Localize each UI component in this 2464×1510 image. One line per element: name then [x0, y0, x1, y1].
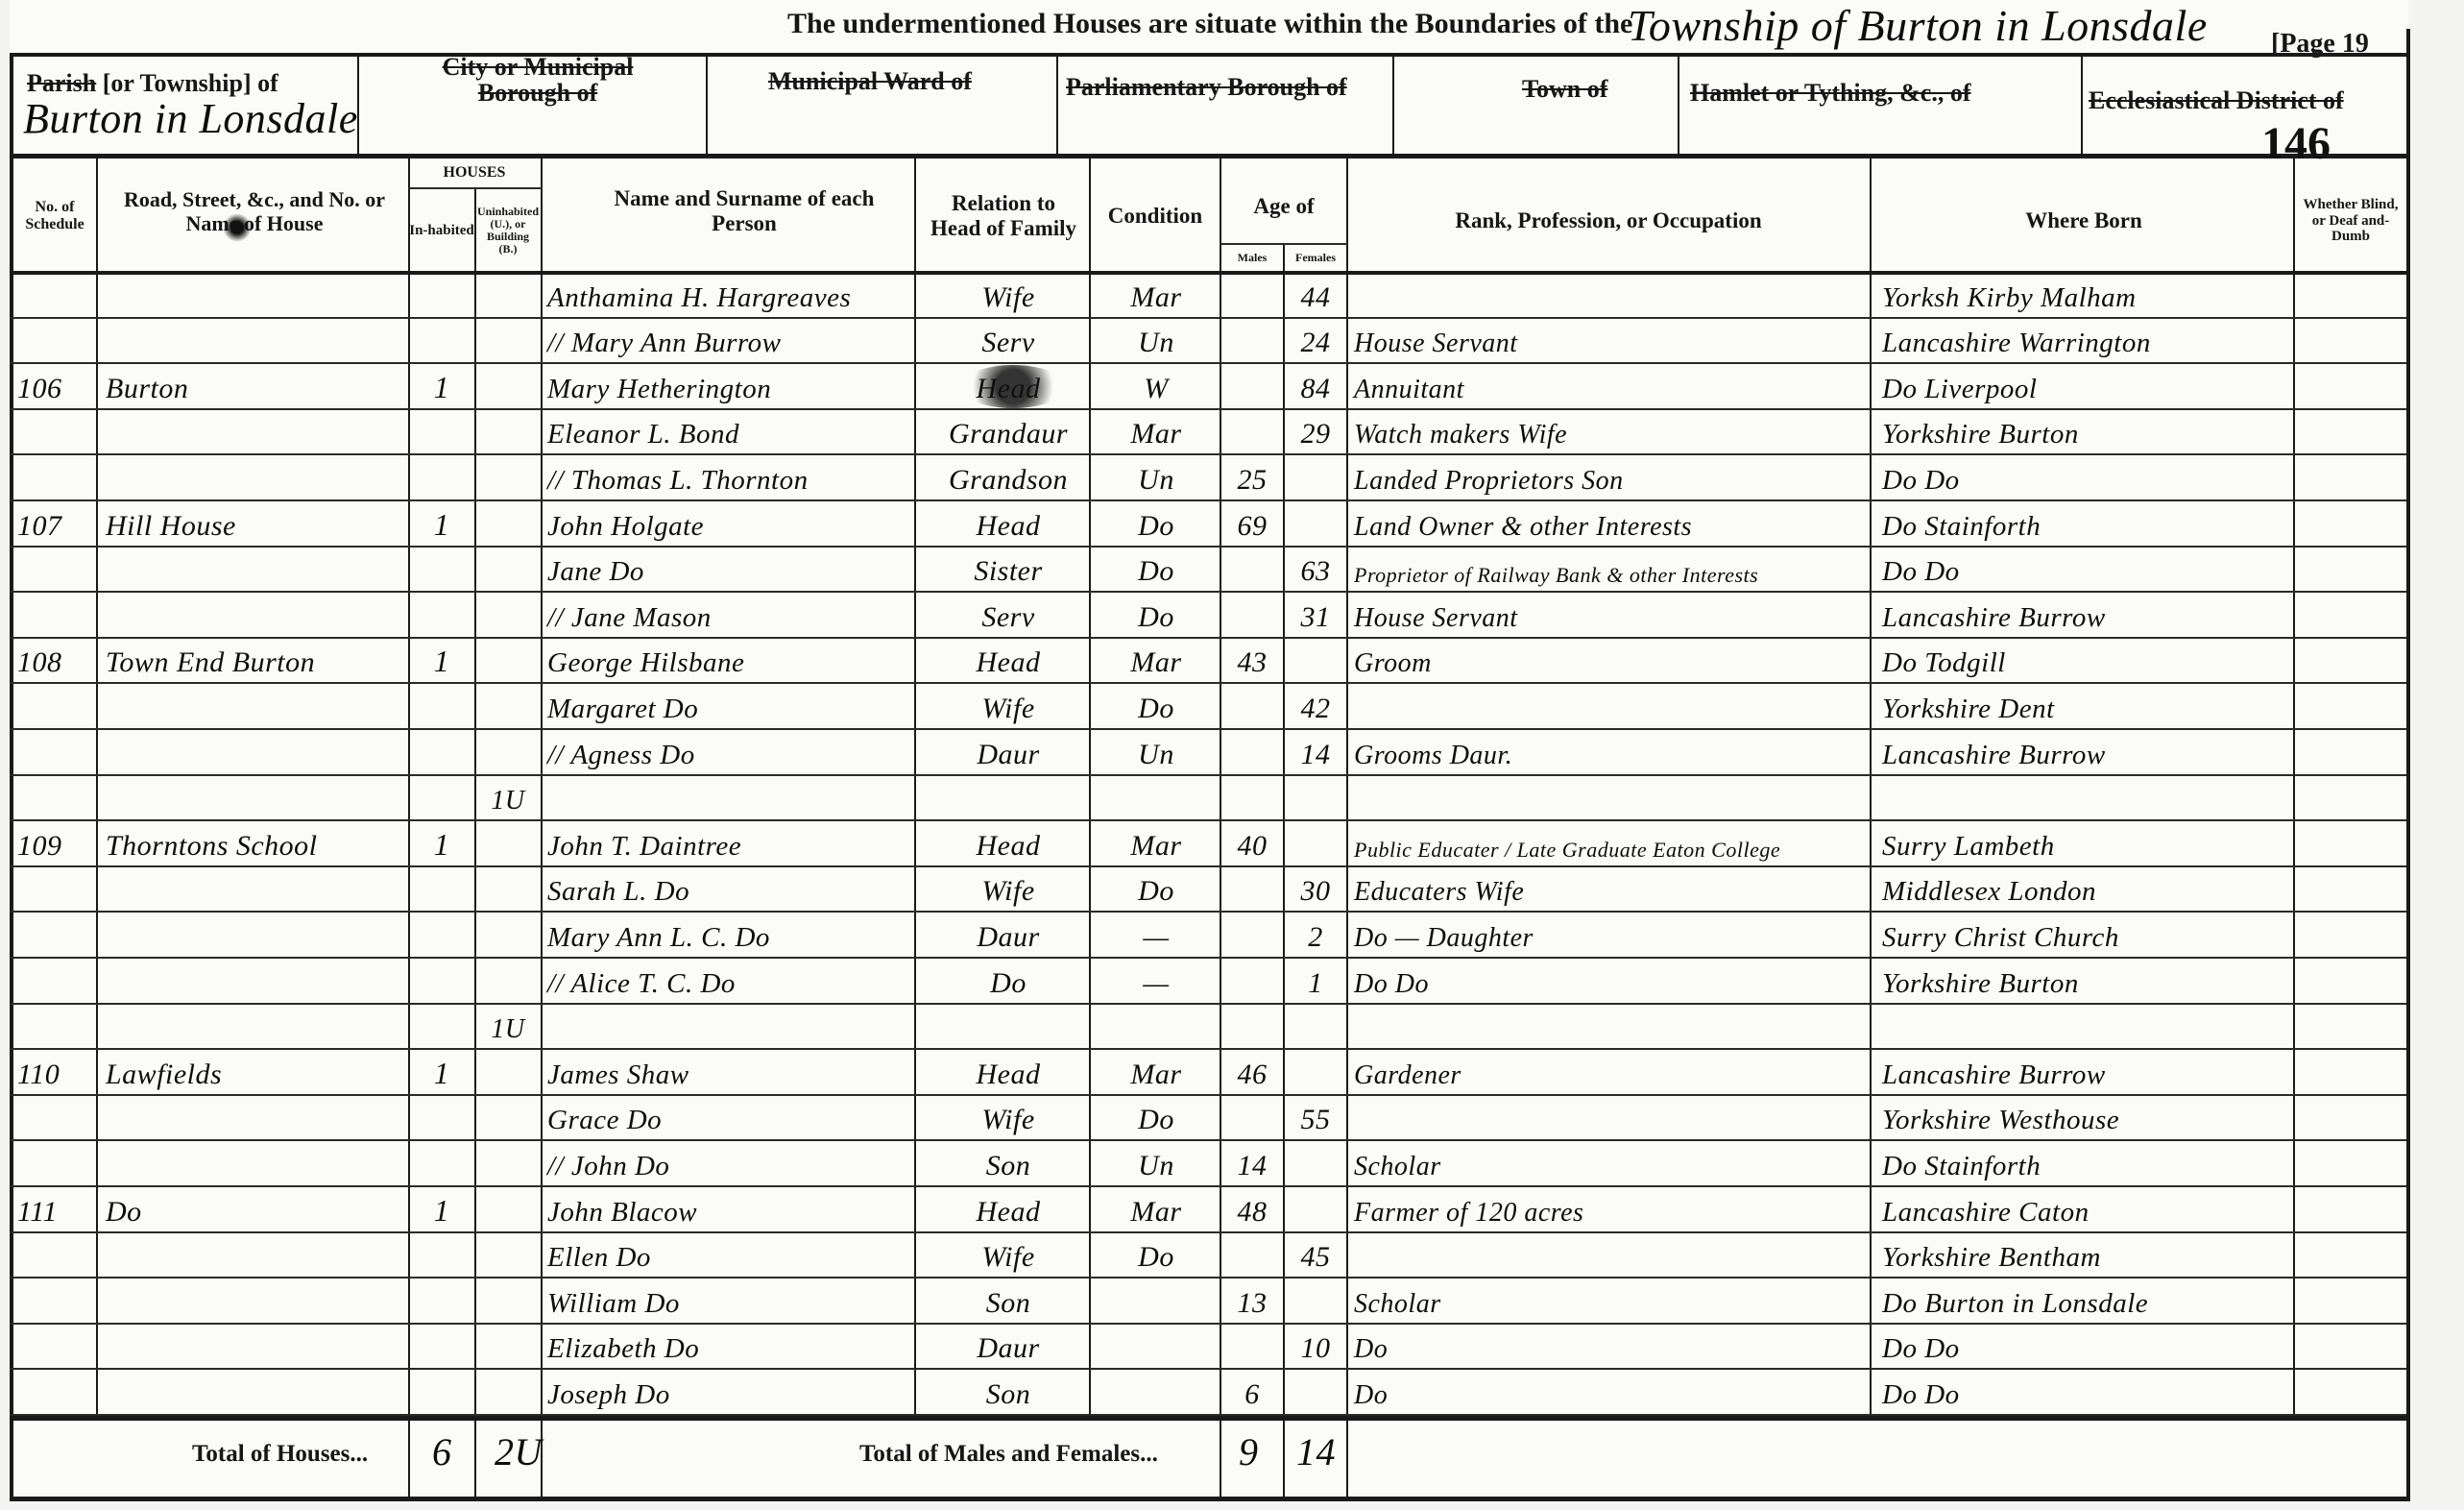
cell-road: [106, 411, 403, 457]
ink-blot: [223, 213, 252, 242]
cell-female: 10: [1285, 1326, 1346, 1372]
cell-male: [1221, 594, 1283, 640]
cell-occupation: [1354, 274, 1868, 320]
cell-relation: Wife: [931, 868, 1085, 914]
cell-male: 43: [1221, 640, 1283, 686]
cell-inhabited: 1: [411, 502, 472, 548]
cell-male: [1221, 913, 1283, 960]
row-rule: [10, 1048, 2406, 1050]
cell-name: William Do: [547, 1279, 912, 1326]
row-rule: [10, 637, 2406, 639]
table-row: // Thomas L. ThorntonGrandsonUn25Landed …: [10, 456, 2408, 502]
cell-uninhabited: [477, 1051, 539, 1097]
cell-female: 30: [1285, 868, 1346, 914]
colhead-inhabited: In-habited: [409, 197, 474, 264]
cell-occupation: Do — Daughter: [1354, 913, 1868, 960]
total-persons-label: Total of Males and Females...: [859, 1441, 1158, 1468]
cell-schedule: [17, 456, 94, 502]
colhead-name: Name and Surname of each Person: [586, 178, 903, 245]
colhead-occupation: Rank, Profession, or Occupation: [1354, 192, 1863, 250]
cell-name: Anthamina H. Hargreaves: [547, 274, 912, 320]
cell-uninhabited: 1U: [477, 777, 539, 823]
cell-uninhabited: [477, 502, 539, 548]
cell-female: 55: [1285, 1097, 1346, 1143]
cell-uninhabited: [477, 1279, 539, 1326]
cell-uninhabited: [477, 1097, 539, 1143]
cell-male: [1221, 320, 1283, 366]
cell-uninhabited: [477, 1371, 539, 1417]
cell-born: Yorksh Kirby Malham: [1882, 274, 2295, 320]
cell-inhabited: [411, 1006, 472, 1052]
totals-row: Total of Houses... 6 2U Total of Males a…: [10, 1420, 2408, 1497]
cell-male: [1221, 1006, 1283, 1052]
row-rule: [10, 1368, 2406, 1370]
cell-road: [106, 685, 403, 731]
table-row: Joseph DoSon6DoDo Do: [10, 1371, 2408, 1417]
cell-female: 2: [1285, 913, 1346, 960]
table-row: // Mary Ann BurrowServUn24House ServantL…: [10, 320, 2408, 366]
cell-female: 45: [1285, 1234, 1346, 1280]
total-females: 14: [1296, 1429, 1336, 1474]
cell-road: [106, 594, 403, 640]
cell-schedule: [17, 777, 94, 823]
cell-occupation: Scholar: [1354, 1142, 1868, 1188]
cell-female: 1: [1285, 960, 1346, 1006]
colhead-houses: HOUSES: [408, 159, 541, 186]
table-row: 1U: [10, 1006, 2408, 1052]
cell-male: 69: [1221, 502, 1283, 548]
cell-road: Do: [106, 1188, 403, 1234]
total-houses-uninhabited: 2U: [495, 1429, 543, 1474]
rule-bottom: [10, 1497, 2410, 1501]
total-houses-inhabited: 6: [432, 1429, 452, 1474]
cell-road: [106, 456, 403, 502]
cell-male: [1221, 274, 1283, 320]
cell-relation: Head: [931, 1188, 1085, 1234]
cell-uninhabited: [477, 594, 539, 640]
cell-female: [1285, 640, 1346, 686]
cell-relation: Wife: [931, 1097, 1085, 1143]
table-row: 108Town End Burton1George HilsbaneHeadMa…: [10, 640, 2408, 686]
row-rule: [10, 1185, 2406, 1187]
cell-road: [106, 1326, 403, 1372]
cell-road: [106, 1097, 403, 1143]
cell-occupation: Groom: [1354, 640, 1868, 686]
cell-name: Jane Do: [547, 548, 912, 595]
cell-occupation: Scholar: [1354, 1279, 1868, 1326]
cell-female: [1285, 1371, 1346, 1417]
cell-male: [1221, 548, 1283, 595]
row-rule: [10, 1277, 2406, 1279]
cell-condition: Mar: [1095, 1051, 1218, 1097]
cell-female: [1285, 1188, 1346, 1234]
cell-uninhabited: [477, 868, 539, 914]
row-rule: [10, 408, 2406, 410]
cell-born: Do Do: [1882, 1371, 2295, 1417]
title-handwritten: Township of Burton in Lonsdale: [1628, 0, 2208, 51]
cell-schedule: [17, 320, 94, 366]
cell-occupation: Do Do: [1354, 960, 1868, 1006]
colhead-blind: Whether Blind, or Deaf and-Dumb: [2297, 183, 2404, 259]
cell-road: [106, 1371, 403, 1417]
cell-road: [106, 868, 403, 914]
cell-male: [1221, 1097, 1283, 1143]
cell-female: 31: [1285, 594, 1346, 640]
table-row: Jane DoSisterDo63Proprietor of Railway B…: [10, 548, 2408, 595]
cell-female: 63: [1285, 548, 1346, 595]
cell-road: Hill House: [106, 502, 403, 548]
cell-occupation: [1354, 1006, 1868, 1052]
cell-name: Mary Ann L. C. Do: [547, 913, 912, 960]
title-band: The undermentioned Houses are situate wi…: [10, 0, 2408, 56]
title-printed: The undermentioned Houses are situate wi…: [787, 8, 1632, 40]
cell-uninhabited: [477, 731, 539, 777]
cell-road: [106, 548, 403, 595]
cell-road: [106, 274, 403, 320]
cell-inhabited: 1: [411, 1051, 472, 1097]
cell-born: Surry Lambeth: [1882, 822, 2295, 868]
cell-inhabited: [411, 685, 472, 731]
cell-schedule: [17, 960, 94, 1006]
cell-male: [1221, 731, 1283, 777]
cell-born: Do Do: [1882, 456, 2295, 502]
box-ecclesiastical-label: Ecclesiastical District of: [2089, 86, 2344, 115]
cell-inhabited: [411, 1279, 472, 1326]
cell-uninhabited: [477, 1326, 539, 1372]
cell-name: Eleanor L. Bond: [547, 411, 912, 457]
cell-occupation: Do: [1354, 1326, 1868, 1372]
cell-schedule: [17, 1234, 94, 1280]
cell-uninhabited: [477, 822, 539, 868]
table-row: Sarah L. DoWifeDo30Educaters WifeMiddles…: [10, 868, 2408, 914]
cell-relation: [931, 777, 1085, 823]
cell-inhabited: [411, 1326, 472, 1372]
row-rule: [10, 362, 2406, 364]
cell-born: Yorkshire Bentham: [1882, 1234, 2295, 1280]
colhead-males: Males: [1221, 248, 1283, 269]
cell-relation: Head: [931, 640, 1085, 686]
cell-condition: W: [1095, 365, 1218, 411]
cell-condition: [1095, 1326, 1218, 1372]
cell-born: Do Todgill: [1882, 640, 2295, 686]
cell-name: Elizabeth Do: [547, 1326, 912, 1372]
box-parish-value: Burton in Lonsdale: [23, 94, 358, 143]
row-rule: [10, 1323, 2406, 1325]
cell-road: [106, 913, 403, 960]
cell-born: Yorkshire Burton: [1882, 960, 2295, 1006]
cell-name: // John Do: [547, 1142, 912, 1188]
cell-inhabited: [411, 1142, 472, 1188]
census-sheet: The undermentioned Houses are situate wi…: [10, 0, 2408, 1503]
cell-uninhabited: [477, 1234, 539, 1280]
rule-boxes-bottom: [10, 154, 2410, 158]
box-ward-label: Municipal Ward of: [768, 67, 972, 96]
cell-relation: Do: [931, 960, 1085, 1006]
cell-male: 25: [1221, 456, 1283, 502]
cell-relation: Head: [931, 502, 1085, 548]
colhead-age: Age of: [1221, 183, 1346, 231]
row-rule: [10, 865, 2406, 867]
row-rule: [10, 682, 2406, 684]
cell-occupation: Gardener: [1354, 1051, 1868, 1097]
cell-born: [1882, 777, 2295, 823]
cell-schedule: [17, 1006, 94, 1052]
table-row: 1U: [10, 777, 2408, 823]
cell-road: [106, 1279, 403, 1326]
cell-born: Lancashire Burrow: [1882, 594, 2295, 640]
cell-name: // Jane Mason: [547, 594, 912, 640]
table-row: 107Hill House1John HolgateHeadDo69Land O…: [10, 502, 2408, 548]
cell-female: 42: [1285, 685, 1346, 731]
cell-occupation: [1354, 777, 1868, 823]
cell-female: [1285, 1051, 1346, 1097]
cell-relation: Grandson: [931, 456, 1085, 502]
cell-inhabited: 1: [411, 365, 472, 411]
cell-schedule: [17, 1097, 94, 1143]
table-row: William DoSon13ScholarDo Burton in Lonsd…: [10, 1279, 2408, 1326]
cell-female: 44: [1285, 274, 1346, 320]
cell-born: Lancashire Burrow: [1882, 731, 2295, 777]
cell-relation: Wife: [931, 685, 1085, 731]
cell-relation: Son: [931, 1371, 1085, 1417]
box-hamlet-label: Hamlet or Tything, &c., of: [1690, 79, 1970, 108]
cell-male: 14: [1221, 1142, 1283, 1188]
table-row: 110Lawfields1James ShawHeadMar46Gardener…: [10, 1051, 2408, 1097]
row-rule: [10, 911, 2406, 913]
cell-relation: Serv: [931, 594, 1085, 640]
cell-name: Margaret Do: [547, 685, 912, 731]
cell-name: George Hilsbane: [547, 640, 912, 686]
cell-female: 24: [1285, 320, 1346, 366]
table-row: // John DoSonUn14ScholarDo Stainforth: [10, 1142, 2408, 1188]
row-rule: [10, 728, 2406, 730]
cell-inhabited: [411, 868, 472, 914]
cell-born: Do Stainforth: [1882, 502, 2295, 548]
cell-occupation: Educaters Wife: [1354, 868, 1868, 914]
cell-born: Lancashire Burrow: [1882, 1051, 2295, 1097]
cell-road: [106, 1234, 403, 1280]
colhead-uninhabited: Uninhabited (U.), or Building (B.): [476, 192, 540, 269]
rule-top: [10, 53, 2410, 57]
row-rule: [10, 453, 2406, 455]
row-rule: [10, 499, 2406, 501]
cell-schedule: [17, 594, 94, 640]
cell-male: 6: [1221, 1371, 1283, 1417]
cell-condition: Do: [1095, 594, 1218, 640]
cell-condition: Do: [1095, 502, 1218, 548]
row-rule: [10, 1094, 2406, 1096]
cell-born: [1882, 1006, 2295, 1052]
colhead-schedule: No. of Schedule: [13, 183, 96, 250]
cell-road: Thorntons School: [106, 822, 403, 868]
cell-schedule: [17, 1279, 94, 1326]
cell-relation: Sister: [931, 548, 1085, 595]
cell-female: [1285, 777, 1346, 823]
box-divider: [2081, 56, 2083, 156]
cell-occupation: Public Educater / Late Graduate Eaton Co…: [1354, 822, 1868, 868]
cell-name: // Mary Ann Burrow: [547, 320, 912, 366]
cell-inhabited: [411, 548, 472, 595]
cell-uninhabited: [477, 411, 539, 457]
cell-inhabited: [411, 411, 472, 457]
houses-subrule: [408, 187, 543, 189]
cell-female: [1285, 1279, 1346, 1326]
ink-blot: [960, 365, 1066, 408]
cell-male: 48: [1221, 1188, 1283, 1234]
cell-relation: Son: [931, 1142, 1085, 1188]
cell-name: Ellen Do: [547, 1234, 912, 1280]
cell-born: Do Stainforth: [1882, 1142, 2295, 1188]
cell-uninhabited: [477, 1188, 539, 1234]
cell-born: Lancashire Warrington: [1882, 320, 2295, 366]
cell-occupation: Do: [1354, 1371, 1868, 1417]
cell-uninhabited: [477, 548, 539, 595]
cell-condition: [1095, 1006, 1218, 1052]
cell-uninhabited: [477, 913, 539, 960]
cell-female: [1285, 502, 1346, 548]
cell-occupation: [1354, 1097, 1868, 1143]
cell-name: John Blacow: [547, 1188, 912, 1234]
cell-occupation: House Servant: [1354, 594, 1868, 640]
cell-condition: Mar: [1095, 411, 1218, 457]
row-rule: [10, 1003, 2406, 1005]
table-row: // Alice T. C. DoDo—1Do DoYorkshire Burt…: [10, 960, 2408, 1006]
box-divider: [1392, 56, 1394, 156]
cell-born: Do Burton in Lonsdale: [1882, 1279, 2295, 1326]
colhead-road: Road, Street, &c., and No. or Name of Ho…: [115, 173, 394, 250]
cell-name: John T. Daintree: [547, 822, 912, 868]
cell-male: 46: [1221, 1051, 1283, 1097]
cell-uninhabited: [477, 685, 539, 731]
cell-born: Yorkshire Dent: [1882, 685, 2295, 731]
colhead-relation: Relation to Head of Family: [927, 173, 1080, 259]
table-row: // Agness DoDaurUn14Grooms Daur.Lancashi…: [10, 731, 2408, 777]
cell-name: [547, 1006, 912, 1052]
cell-female: 84: [1285, 365, 1346, 411]
cell-born: Yorkshire Westhouse: [1882, 1097, 2295, 1143]
age-subrule: [1220, 243, 1348, 245]
cell-schedule: [17, 731, 94, 777]
cell-relation: Son: [931, 1279, 1085, 1326]
cell-born: Do Do: [1882, 1326, 2295, 1372]
cell-schedule: [17, 685, 94, 731]
cell-schedule: 109: [17, 822, 94, 868]
cell-road: Lawfields: [106, 1051, 403, 1097]
cell-condition: Un: [1095, 320, 1218, 366]
table-row: Eleanor L. BondGrandaurMar29Watch makers…: [10, 411, 2408, 457]
cell-born: Surry Christ Church: [1882, 913, 2295, 960]
cell-name: [547, 777, 912, 823]
cell-uninhabited: [477, 320, 539, 366]
cell-occupation: Landed Proprietors Son: [1354, 456, 1868, 502]
cell-male: [1221, 685, 1283, 731]
cell-condition: [1095, 777, 1218, 823]
table-row: Anthamina H. HargreavesWifeMar44Yorksh K…: [10, 274, 2408, 320]
cell-relation: Daur: [931, 913, 1085, 960]
table-row: 109Thorntons School1John T. DaintreeHead…: [10, 822, 2408, 868]
cell-inhabited: 1: [411, 640, 472, 686]
table-row: 111Do1John BlacowHeadMar48Farmer of 120 …: [10, 1188, 2408, 1234]
cell-occupation: Farmer of 120 acres: [1354, 1188, 1868, 1234]
cell-name: // Alice T. C. Do: [547, 960, 912, 1006]
cell-inhabited: [411, 1371, 472, 1417]
cell-inhabited: [411, 731, 472, 777]
cell-name: John Holgate: [547, 502, 912, 548]
cell-inhabited: [411, 1234, 472, 1280]
total-males: 9: [1239, 1429, 1259, 1474]
cell-schedule: 107: [17, 502, 94, 548]
row-rule: [10, 1414, 2406, 1416]
cell-born: Do Liverpool: [1882, 365, 2295, 411]
cell-female: [1285, 1006, 1346, 1052]
cell-name: Mary Hetherington: [547, 365, 912, 411]
total-houses-label: Total of Houses...: [192, 1441, 368, 1468]
cell-inhabited: [411, 960, 472, 1006]
cell-male: [1221, 1234, 1283, 1280]
cell-uninhabited: 1U: [477, 1006, 539, 1052]
colhead-born: Where Born: [1877, 192, 2290, 250]
cell-born: Do Do: [1882, 548, 2295, 595]
cell-relation: Daur: [931, 731, 1085, 777]
cell-inhabited: [411, 320, 472, 366]
cell-condition: Do: [1095, 868, 1218, 914]
cell-schedule: 111: [17, 1188, 94, 1234]
cell-schedule: [17, 1326, 94, 1372]
box-parl-label: Parliamentary Borough of: [1066, 73, 1347, 102]
cell-road: [106, 320, 403, 366]
cell-uninhabited: [477, 640, 539, 686]
cell-schedule: [17, 1142, 94, 1188]
cell-born: Yorkshire Burton: [1882, 411, 2295, 457]
cell-occupation: Proprietor of Railway Bank & other Inter…: [1354, 548, 1868, 595]
row-rule: [10, 546, 2406, 548]
cell-name: James Shaw: [547, 1051, 912, 1097]
cell-relation: [931, 1006, 1085, 1052]
cell-relation: Daur: [931, 1326, 1085, 1372]
cell-occupation: Land Owner & other Interests: [1354, 502, 1868, 548]
cell-condition: —: [1095, 913, 1218, 960]
cell-male: [1221, 365, 1283, 411]
table-row: Elizabeth DoDaur10DoDo Do: [10, 1326, 2408, 1372]
cell-relation: Head: [931, 1051, 1085, 1097]
ecclesiastical-district-number: 146: [2261, 117, 2331, 170]
cell-inhabited: [411, 594, 472, 640]
cell-male: [1221, 411, 1283, 457]
cell-name: // Agness Do: [547, 731, 912, 777]
cell-inhabited: [411, 1097, 472, 1143]
cell-name: Grace Do: [547, 1097, 912, 1143]
table-row: Grace DoWifeDo55Yorkshire Westhouse: [10, 1097, 2408, 1143]
table-row: Mary Ann L. C. DoDaur—2Do — DaughterSurr…: [10, 913, 2408, 960]
box-city-label: City or Municipal Borough of: [403, 54, 672, 107]
cell-born: Lancashire Caton: [1882, 1188, 2295, 1234]
cell-schedule: [17, 868, 94, 914]
row-rule: [10, 1139, 2406, 1141]
cell-condition: [1095, 1371, 1218, 1417]
cell-female: [1285, 822, 1346, 868]
cell-condition: Mar: [1095, 1188, 1218, 1234]
cell-condition: Mar: [1095, 822, 1218, 868]
cell-female: 29: [1285, 411, 1346, 457]
row-rule: [10, 774, 2406, 776]
cell-occupation: [1354, 1234, 1868, 1280]
cell-uninhabited: [477, 960, 539, 1006]
cell-male: 13: [1221, 1279, 1283, 1326]
row-rule: [10, 957, 2406, 959]
cell-occupation: Annuitant: [1354, 365, 1868, 411]
cell-occupation: House Servant: [1354, 320, 1868, 366]
cell-male: [1221, 777, 1283, 823]
